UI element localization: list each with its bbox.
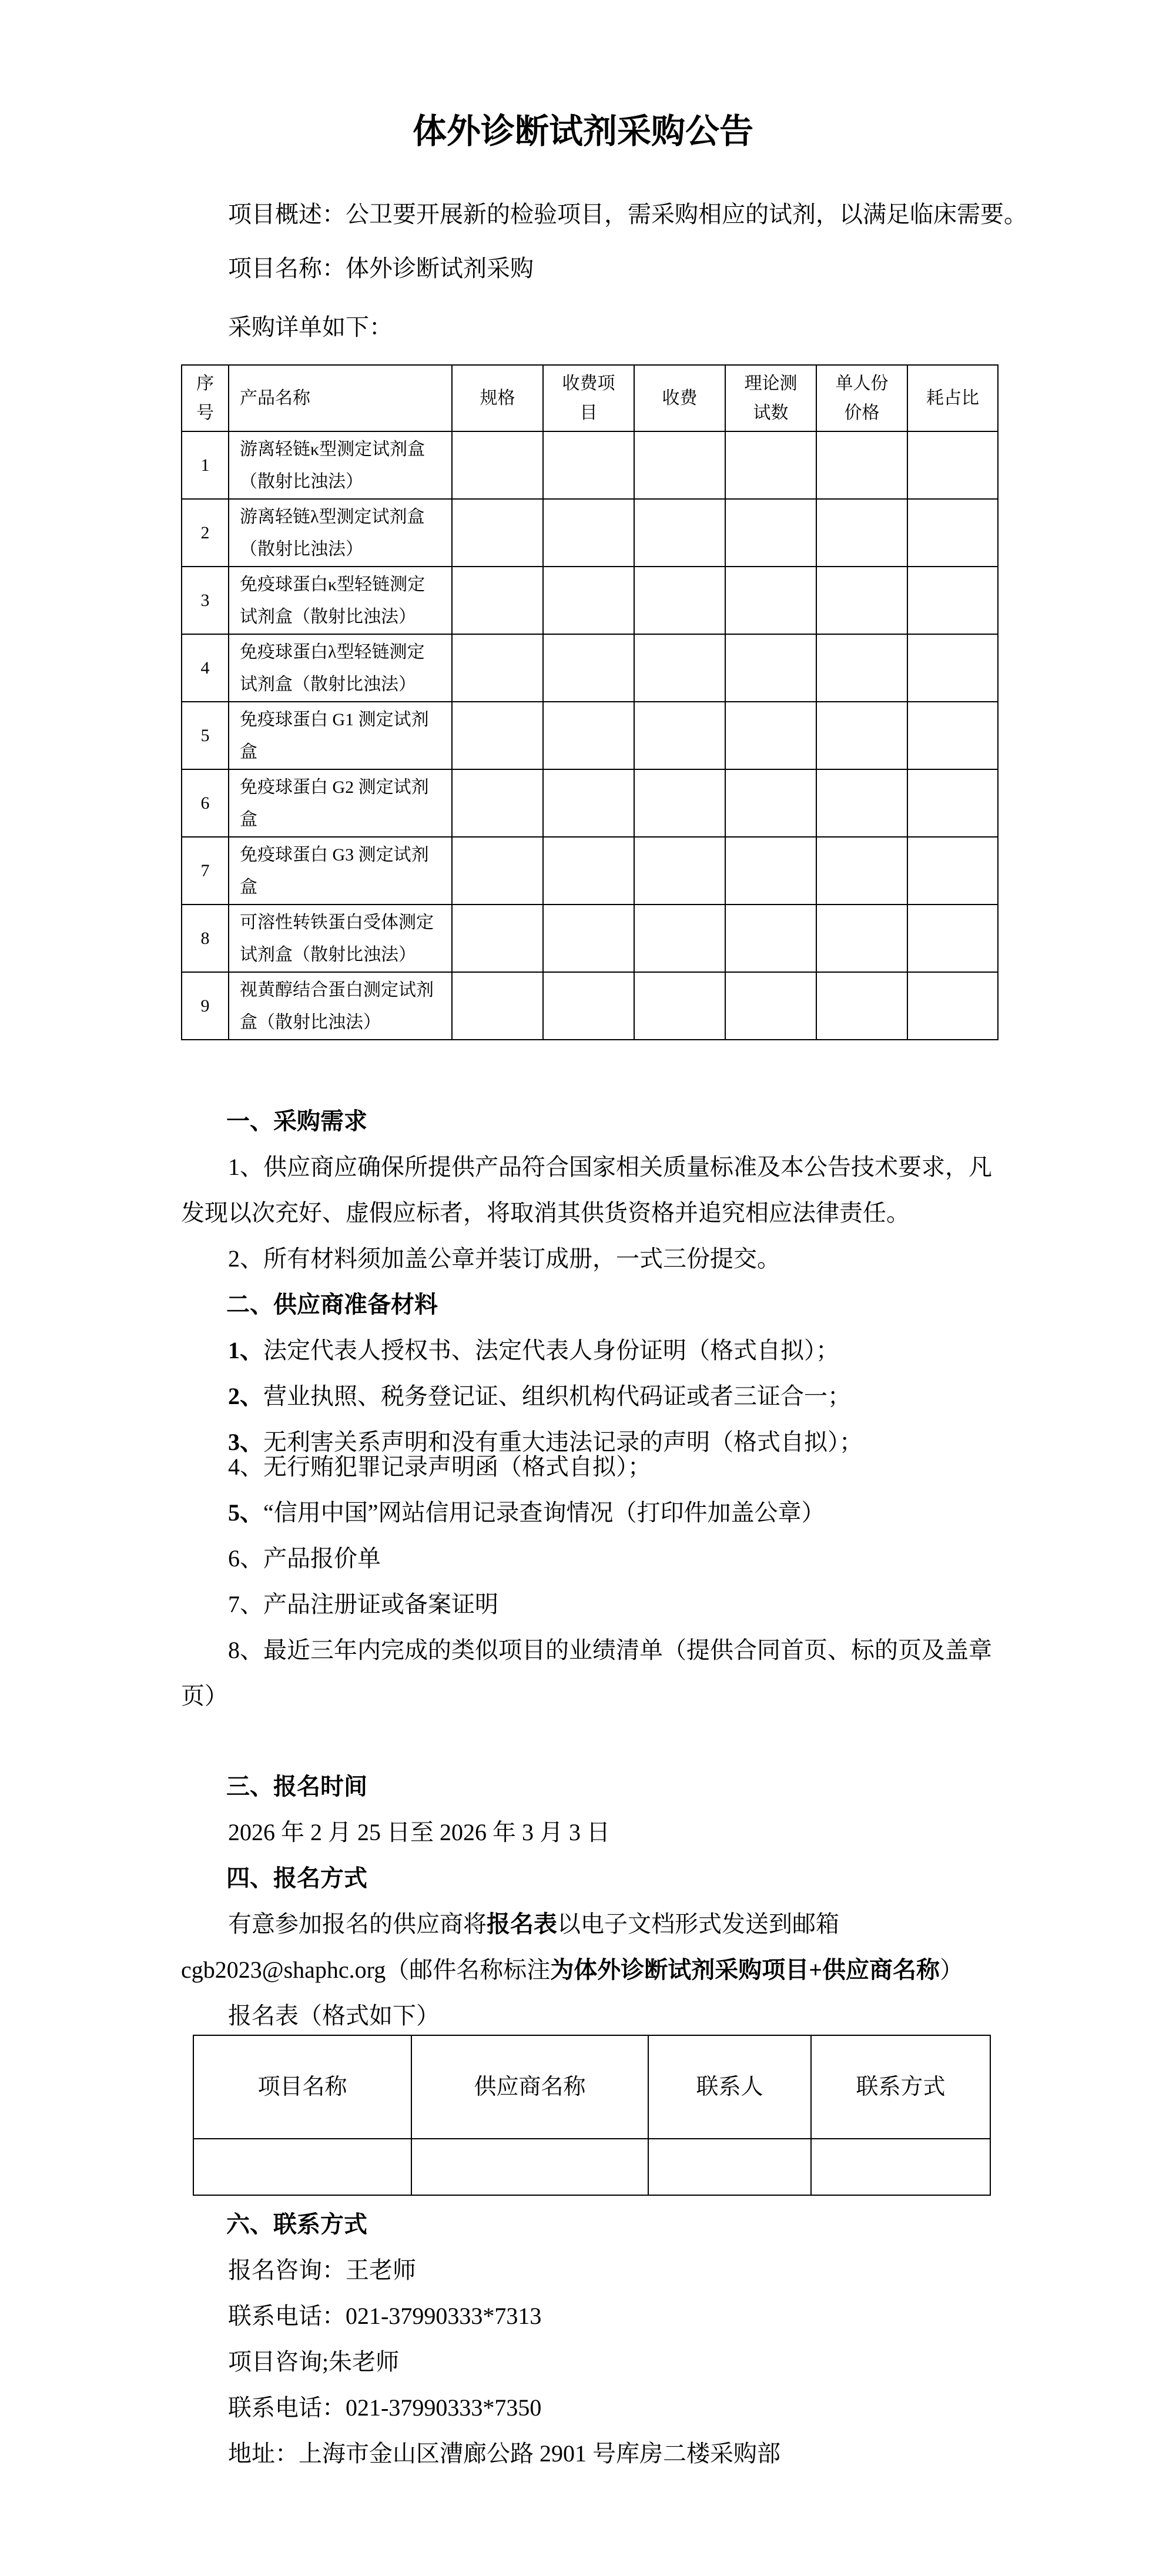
cell-consume-ratio bbox=[907, 702, 998, 769]
reg-cell-supplier-name bbox=[411, 2139, 648, 2195]
cell-theory-tests bbox=[725, 567, 816, 634]
signup-date-range: 2026 年 2 月 25 日至 2026 年 3 月 3 日 bbox=[228, 1821, 610, 1844]
item-text: 法定代表人授权书、法定代表人身份证明（格式自拟）； bbox=[263, 1337, 839, 1364]
material-item-5: 5、“信用中国”网站信用记录查询情况（打印件加盖公章） bbox=[228, 1501, 825, 1525]
item-number: 3、 bbox=[228, 1429, 263, 1455]
material-item-4: 4、无行贿犯罪记录声明函（格式自拟）； bbox=[228, 1455, 651, 1479]
cell-consume-ratio bbox=[907, 972, 998, 1040]
cell-no: 4 bbox=[182, 634, 229, 702]
col-header-fee-item: 收费项目 bbox=[543, 365, 634, 431]
cell-fee-item bbox=[543, 702, 634, 769]
table-row: 2 游离轻链λ型测定试剂盒（散射比浊法） bbox=[182, 499, 998, 567]
cell-unit-price bbox=[816, 702, 907, 769]
cell-fee bbox=[634, 769, 725, 837]
table-row: 4 免疫球蛋白λ型轻链测定试剂盒（散射比浊法） bbox=[182, 634, 998, 702]
reg-col-contact-person: 联系人 bbox=[648, 2035, 811, 2139]
cell-fee bbox=[634, 634, 725, 702]
project-name: 项目名称：体外诊断试剂采购 bbox=[228, 257, 534, 280]
item-number: 8、 bbox=[228, 1637, 263, 1663]
item-number: 6、 bbox=[228, 1545, 263, 1572]
item-text: “信用中国”网站信用记录查询情况（打印件加盖公章） bbox=[263, 1499, 825, 1526]
cell-unit-price bbox=[816, 499, 907, 567]
line2-close: ） bbox=[940, 1957, 963, 1983]
cell-fee bbox=[634, 702, 725, 769]
procurement-table: 序号 产品名称 规格 收费项目 收费 理论测试数 单人份价格 耗占比 1 游离轻… bbox=[181, 364, 999, 1040]
signup-method-line1: 有意参加报名的供应商将报名表以电子文档形式发送到邮箱 bbox=[228, 1912, 839, 1936]
cell-spec bbox=[452, 567, 543, 634]
item-number: 1、 bbox=[228, 1337, 263, 1364]
item-number: 2、 bbox=[228, 1383, 263, 1409]
document-page: 体外诊断试剂采购公告 项目概述：公卫要开展新的检验项目，需采购相应的试剂，以满足… bbox=[0, 0, 1166, 2576]
registration-header-row: 项目名称 供应商名称 联系人 联系方式 bbox=[193, 2035, 990, 2139]
email-subject-format: 为体外诊断试剂采购项目+供应商名称 bbox=[550, 1957, 940, 1983]
cell-fee-item bbox=[543, 567, 634, 634]
contact-project-consult: 项目咨询;朱老师 bbox=[228, 2350, 399, 2374]
cell-fee bbox=[634, 972, 725, 1040]
cell-fee-item bbox=[543, 769, 634, 837]
table-row: 6 免疫球蛋白 G2 测定试剂盒 bbox=[182, 769, 998, 837]
cell-spec bbox=[452, 431, 543, 499]
cell-consume-ratio bbox=[907, 769, 998, 837]
contact-signup-consult: 报名咨询：王老师 bbox=[228, 2259, 416, 2282]
requirement-1-line1: 1、供应商应确保所提供产品符合国家相关质量标准及本公告技术要求，凡 bbox=[228, 1155, 992, 1179]
item-number: 5、 bbox=[228, 1499, 263, 1526]
material-item-6: 6、产品报价单 bbox=[228, 1547, 381, 1570]
col-header-product: 产品名称 bbox=[229, 365, 452, 431]
cell-product-name: 免疫球蛋白 G3 测定试剂盒 bbox=[229, 837, 452, 905]
cell-fee bbox=[634, 567, 725, 634]
cell-fee-item bbox=[543, 837, 634, 905]
table-header-row: 序号 产品名称 规格 收费项目 收费 理论测试数 单人份价格 耗占比 bbox=[182, 365, 998, 431]
table-row: 9 视黄醇结合蛋白测定试剂盒（散射比浊法） bbox=[182, 972, 998, 1040]
contact-phone-2: 联系电话：021-37990333*7350 bbox=[228, 2396, 541, 2420]
cell-fee bbox=[634, 431, 725, 499]
cell-fee-item bbox=[543, 634, 634, 702]
registration-table: 项目名称 供应商名称 联系人 联系方式 bbox=[193, 2035, 991, 2196]
section-heading-requirements: 一、采购需求 bbox=[226, 1110, 367, 1133]
section-heading-contact: 六、联系方式 bbox=[226, 2213, 367, 2236]
cell-theory-tests bbox=[725, 702, 816, 769]
contact-address: 地址：上海市金山区漕廊公路 2901 号库房二楼采购部 bbox=[228, 2442, 780, 2466]
cell-no: 6 bbox=[182, 769, 229, 837]
contact-phone-1: 联系电话：021-37990333*7313 bbox=[228, 2304, 541, 2328]
material-item-8-continuation: 页） bbox=[181, 1684, 228, 1708]
cell-consume-ratio bbox=[907, 634, 998, 702]
reg-cell-contact-way bbox=[811, 2139, 990, 2195]
cell-product-name: 免疫球蛋白κ型轻链测定试剂盒（散射比浊法） bbox=[229, 567, 452, 634]
cell-theory-tests bbox=[725, 634, 816, 702]
requirement-2: 2、所有材料须加盖公章并装订成册，一式三份提交。 bbox=[228, 1247, 780, 1271]
col-header-theory-tests: 理论测试数 bbox=[725, 365, 816, 431]
cell-spec bbox=[452, 837, 543, 905]
cell-fee bbox=[634, 499, 725, 567]
cell-product-name: 视黄醇结合蛋白测定试剂盒（散射比浊法） bbox=[229, 972, 452, 1040]
cell-unit-price bbox=[816, 634, 907, 702]
page-title: 体外诊断试剂采购公告 bbox=[0, 115, 1166, 149]
cell-fee-item bbox=[543, 972, 634, 1040]
cell-product-name: 游离轻链κ型测定试剂盒（散射比浊法） bbox=[229, 431, 452, 499]
project-overview: 项目概述：公卫要开展新的检验项目，需采购相应的试剂，以满足临床需要。 bbox=[228, 203, 1027, 226]
cell-no: 1 bbox=[182, 431, 229, 499]
col-header-fee: 收费 bbox=[634, 365, 725, 431]
table-row: 3 免疫球蛋白κ型轻链测定试剂盒（散射比浊法） bbox=[182, 567, 998, 634]
cell-no: 8 bbox=[182, 905, 229, 972]
cell-theory-tests bbox=[725, 499, 816, 567]
item-text: 最近三年内完成的类似项目的业绩清单（提供合同首页、标的页及盖章 bbox=[263, 1637, 992, 1663]
cell-theory-tests bbox=[725, 769, 816, 837]
reg-cell-project-name bbox=[193, 2139, 411, 2195]
col-header-consume-ratio: 耗占比 bbox=[907, 365, 998, 431]
material-item-3: 3、无利害关系声明和没有重大违法记录的声明（格式自拟）； bbox=[228, 1431, 863, 1454]
material-item-8: 8、最近三年内完成的类似项目的业绩清单（提供合同首页、标的页及盖章 bbox=[228, 1639, 992, 1662]
line1-post: 以电子文档形式发送到邮箱 bbox=[557, 1911, 839, 1937]
cell-unit-price bbox=[816, 837, 907, 905]
signup-method-line2: cgb2023@shaphc.org（邮件名称标注为体外诊断试剂采购项目+供应商… bbox=[181, 1958, 963, 1982]
cell-consume-ratio bbox=[907, 431, 998, 499]
cell-spec bbox=[452, 769, 543, 837]
cell-theory-tests bbox=[725, 431, 816, 499]
cell-product-name: 可溶性转铁蛋白受体测定试剂盒（散射比浊法） bbox=[229, 905, 452, 972]
cell-no: 9 bbox=[182, 972, 229, 1040]
section-heading-signup-method: 四、报名方式 bbox=[226, 1867, 367, 1890]
item-number: 7、 bbox=[228, 1591, 263, 1617]
cell-spec bbox=[452, 972, 543, 1040]
cell-product-name: 免疫球蛋白 G2 测定试剂盒 bbox=[229, 769, 452, 837]
registration-data-row bbox=[193, 2139, 990, 2195]
requirement-1-line2: 发现以次充好、虚假应标者，将取消其供货资格并追究相应法律责任。 bbox=[181, 1201, 910, 1225]
cell-unit-price bbox=[816, 567, 907, 634]
item-text: 产品注册证或备案证明 bbox=[263, 1591, 498, 1617]
col-header-no: 序号 bbox=[182, 365, 229, 431]
item-text: 产品报价单 bbox=[263, 1545, 381, 1572]
reg-cell-contact-person bbox=[648, 2139, 811, 2195]
cell-consume-ratio bbox=[907, 567, 998, 634]
item-text: 营业执照、税务登记证、组织机构代码证或者三证合一； bbox=[263, 1383, 851, 1409]
item-number: 4、 bbox=[228, 1453, 263, 1480]
table-row: 7 免疫球蛋白 G3 测定试剂盒 bbox=[182, 837, 998, 905]
cell-unit-price bbox=[816, 431, 907, 499]
cell-theory-tests bbox=[725, 972, 816, 1040]
cell-unit-price bbox=[816, 769, 907, 837]
cell-no: 3 bbox=[182, 567, 229, 634]
cell-product-name: 免疫球蛋白 G1 测定试剂盒 bbox=[229, 702, 452, 769]
material-item-1: 1、法定代表人授权书、法定代表人身份证明（格式自拟）； bbox=[228, 1339, 839, 1362]
cell-consume-ratio bbox=[907, 837, 998, 905]
cell-unit-price bbox=[816, 972, 907, 1040]
reg-col-contact-way: 联系方式 bbox=[811, 2035, 990, 2139]
list-intro: 采购详单如下： bbox=[228, 316, 393, 339]
section-heading-signup-time: 三、报名时间 bbox=[226, 1775, 367, 1798]
cell-fee-item bbox=[543, 431, 634, 499]
col-header-spec: 规格 bbox=[452, 365, 543, 431]
cell-product-name: 免疫球蛋白λ型轻链测定试剂盒（散射比浊法） bbox=[229, 634, 452, 702]
item-text: 无利害关系声明和没有重大违法记录的声明（格式自拟）； bbox=[263, 1429, 863, 1455]
cell-consume-ratio bbox=[907, 499, 998, 567]
cell-theory-tests bbox=[725, 905, 816, 972]
cell-product-name: 游离轻链λ型测定试剂盒（散射比浊法） bbox=[229, 499, 452, 567]
cell-consume-ratio bbox=[907, 905, 998, 972]
cell-spec bbox=[452, 634, 543, 702]
reg-col-project-name: 项目名称 bbox=[193, 2035, 411, 2139]
cell-fee bbox=[634, 905, 725, 972]
cell-spec bbox=[452, 905, 543, 972]
form-note: 报名表（格式如下） bbox=[228, 2004, 440, 2028]
line1-pre: 有意参加报名的供应商将 bbox=[228, 1911, 487, 1937]
table-row: 5 免疫球蛋白 G1 测定试剂盒 bbox=[182, 702, 998, 769]
email-address: cgb2023@shaphc.org（邮件名称标注 bbox=[181, 1957, 550, 1983]
cell-spec bbox=[452, 499, 543, 567]
cell-fee bbox=[634, 837, 725, 905]
cell-no: 2 bbox=[182, 499, 229, 567]
cell-theory-tests bbox=[725, 837, 816, 905]
section-heading-materials: 二、供应商准备材料 bbox=[226, 1293, 438, 1317]
cell-unit-price bbox=[816, 905, 907, 972]
cell-fee-item bbox=[543, 499, 634, 567]
col-header-unit-price: 单人份价格 bbox=[816, 365, 907, 431]
cell-no: 7 bbox=[182, 837, 229, 905]
reg-col-supplier-name: 供应商名称 bbox=[411, 2035, 648, 2139]
item-text: 无行贿犯罪记录声明函（格式自拟）； bbox=[263, 1453, 651, 1480]
cell-no: 5 bbox=[182, 702, 229, 769]
table-row: 8 可溶性转铁蛋白受体测定试剂盒（散射比浊法） bbox=[182, 905, 998, 972]
line1-bold: 报名表 bbox=[487, 1911, 557, 1937]
material-item-2: 2、营业执照、税务登记证、组织机构代码证或者三证合一； bbox=[228, 1385, 851, 1408]
cell-spec bbox=[452, 702, 543, 769]
material-item-7: 7、产品注册证或备案证明 bbox=[228, 1593, 498, 1616]
table-row: 1 游离轻链κ型测定试剂盒（散射比浊法） bbox=[182, 431, 998, 499]
cell-fee-item bbox=[543, 905, 634, 972]
